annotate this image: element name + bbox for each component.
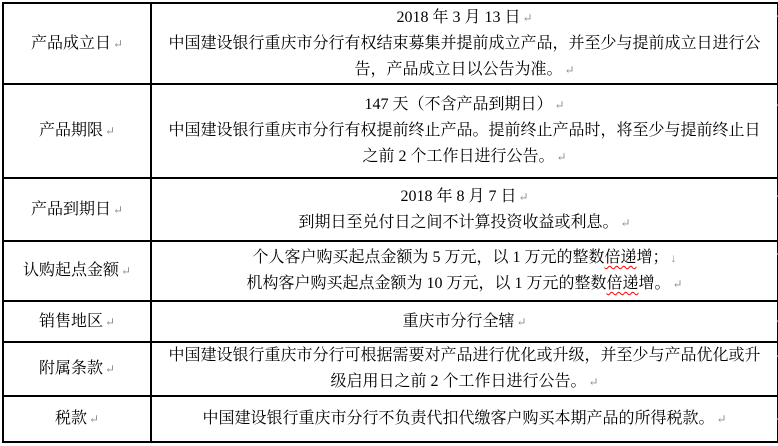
row-label-cell: 附属条款↵ (3, 342, 151, 396)
content-line: 到期日至兑付日之间不计算投资收益或利息。↵ (152, 210, 777, 236)
pilcrow-icon: ↵ (113, 203, 123, 217)
document-page: 产品成立日↵2018 年 3 月 13 日↵中国建设银行重庆市分行有权结束募集并… (0, 0, 778, 446)
row-content-cell: 2018 年 8 月 7 日↵到期日至兑付日之间不计算投资收益或利息。↵ (151, 178, 778, 241)
pilcrow-icon: ↵ (672, 277, 682, 291)
content-text: 之前 2 个工作日进行公告。 (362, 148, 554, 165)
linebreak-icon: ↓ (671, 251, 677, 265)
spellcheck-flagged-text: 倍递 (604, 249, 636, 266)
content-text: 中国建设银行重庆市分行可根据需要对产品进行优化或升级，并至少与产品优化或升 (168, 347, 760, 364)
table-row: 销售地区↵重庆市分行全辖↵ (3, 301, 778, 342)
content-text: 个人客户购买起点金额为 5 万元，以 1 万元的整数 (252, 249, 604, 266)
content-text: 级启用日之前 2 个工作日进行公告。 (330, 373, 586, 390)
pilcrow-icon: ↵ (105, 124, 115, 138)
product-info-table-body: 产品成立日↵2018 年 3 月 13 日↵中国建设银行重庆市分行有权结束募集并… (3, 3, 778, 442)
row-label: 产品成立日↵ (4, 31, 150, 57)
pilcrow-icon: ↵ (121, 264, 131, 278)
content-line: 重庆市分行全辖↵ (152, 309, 777, 335)
row-content-cell: 147 天（不含产品到期日）↵中国建设银行重庆市分行有权提前终止产品。提前终止产… (151, 84, 778, 178)
table-row: 税款↵中国建设银行重庆市分行不负责代扣代缴客户购买本期产品的所得税款。↵ (3, 396, 778, 442)
content-line: 中国建设银行重庆市分行可根据需要对产品进行优化或升级，并至少与产品优化或升 (152, 343, 777, 369)
pilcrow-icon: ↵ (113, 37, 123, 51)
content-text: 2018 年 8 月 7 日 (400, 188, 516, 205)
row-label: 认购起点金额↵ (4, 258, 150, 284)
content-text: 中国建设银行重庆市分行不负责代扣代缴客户购买本期产品的所得税款。 (202, 410, 714, 427)
content-line: 中国建设银行重庆市分行不负责代扣代缴客户购买本期产品的所得税款。↵ (152, 406, 777, 432)
row-content-cell: 中国建设银行重庆市分行可根据需要对产品进行优化或升级，并至少与产品优化或升级启用… (151, 342, 778, 396)
pilcrow-icon: ↵ (105, 362, 115, 376)
pilcrow-icon: ↵ (588, 375, 598, 389)
content-text: 增； (637, 249, 669, 266)
row-label: 产品期限↵ (4, 118, 150, 144)
content-line: 个人客户购买起点金额为 5 万元，以 1 万元的整数倍递增；↓ (152, 245, 777, 271)
table-row: 附属条款↵中国建设银行重庆市分行可根据需要对产品进行优化或升级，并至少与产品优化… (3, 342, 778, 396)
pilcrow-icon: ↵ (620, 216, 630, 230)
content-line: 2018 年 8 月 7 日↵ (152, 184, 777, 210)
content-line: 中国建设银行重庆市分行有权结束募集并提前成立产品，并至少与提前成立日进行公 (152, 31, 777, 57)
pilcrow-icon: ↵ (554, 98, 564, 112)
content-line: 中国建设银行重庆市分行有权提前终止产品。提前终止产品时，将至少与提前终止日 (152, 118, 777, 144)
table-row: 认购起点金额↵个人客户购买起点金额为 5 万元，以 1 万元的整数倍递增；↓机构… (3, 241, 778, 301)
pilcrow-icon: ↵ (522, 11, 532, 25)
pilcrow-icon: ↵ (105, 315, 115, 329)
table-row: 产品到期日↵2018 年 8 月 7 日↵到期日至兑付日之间不计算投资收益或利息… (3, 178, 778, 241)
content-text: 147 天（不含产品到期日） (364, 96, 552, 113)
content-text: 到期日至兑付日之间不计算投资收益或利息。 (298, 214, 618, 231)
content-text: 中国建设银行重庆市分行有权提前终止产品。提前终止产品时，将至少与提前终止日 (168, 122, 760, 139)
row-label-cell: 产品期限↵ (3, 84, 151, 178)
content-line: 级启用日之前 2 个工作日进行公告。↵ (152, 369, 777, 395)
row-label-text: 产品成立日 (31, 35, 111, 52)
product-info-table: 产品成立日↵2018 年 3 月 13 日↵中国建设银行重庆市分行有权结束募集并… (2, 2, 778, 443)
pilcrow-icon: ↵ (89, 412, 99, 426)
row-label-text: 税款 (55, 410, 87, 427)
row-label-cell: 税款↵ (3, 396, 151, 442)
row-label-text: 产品到期日 (31, 201, 111, 218)
content-line: 147 天（不含产品到期日）↵ (152, 92, 777, 118)
row-label-text: 销售地区 (39, 313, 103, 330)
row-label: 附属条款↵ (4, 356, 150, 382)
content-text: 中国建设银行重庆市分行有权结束募集并提前成立产品，并至少与提前成立日进行公 (168, 35, 760, 52)
row-content-cell: 2018 年 3 月 13 日↵中国建设银行重庆市分行有权结束募集并提前成立产品… (151, 3, 778, 84)
row-content-cell: 个人客户购买起点金额为 5 万元，以 1 万元的整数倍递增；↓机构客户购买起点金… (151, 241, 778, 301)
content-text: 告，产品成立日以公告为准。 (354, 61, 562, 78)
row-label-cell: 产品成立日↵ (3, 3, 151, 84)
table-row: 产品成立日↵2018 年 3 月 13 日↵中国建设银行重庆市分行有权结束募集并… (3, 3, 778, 84)
pilcrow-icon: ↵ (716, 412, 726, 426)
row-label-cell: 销售地区↵ (3, 301, 151, 342)
row-label-cell: 认购起点金额↵ (3, 241, 151, 301)
row-label-cell: 产品到期日↵ (3, 178, 151, 241)
content-text: 2018 年 3 月 13 日 (396, 9, 520, 26)
pilcrow-icon: ↵ (556, 150, 566, 164)
content-line: 2018 年 3 月 13 日↵ (152, 5, 777, 31)
table-row: 产品期限↵147 天（不含产品到期日）↵中国建设银行重庆市分行有权提前终止产品。… (3, 84, 778, 178)
row-label: 税款↵ (4, 406, 150, 432)
content-line: 之前 2 个工作日进行公告。↵ (152, 144, 777, 170)
row-label: 销售地区↵ (4, 309, 150, 335)
row-content-cell: 中国建设银行重庆市分行不负责代扣代缴客户购买本期产品的所得税款。↵ (151, 396, 778, 442)
row-label-text: 附属条款 (39, 360, 103, 377)
row-content-cell: 重庆市分行全辖↵ (151, 301, 778, 342)
pilcrow-icon: ↵ (564, 63, 574, 77)
pilcrow-icon: ↵ (518, 190, 528, 204)
row-label-text: 认购起点金额 (23, 262, 119, 279)
content-text: 增。 (638, 275, 670, 292)
content-text: 机构客户购买起点金额为 10 万元，以 1 万元的整数 (246, 275, 606, 292)
pilcrow-icon: ↵ (516, 315, 526, 329)
row-label: 产品到期日↵ (4, 197, 150, 223)
content-text: 重庆市分行全辖 (402, 313, 514, 330)
content-line: 告，产品成立日以公告为准。↵ (152, 57, 777, 83)
row-label-text: 产品期限 (39, 122, 103, 139)
content-line: 机构客户购买起点金额为 10 万元，以 1 万元的整数倍递增。↵ (152, 271, 777, 297)
spellcheck-flagged-text: 倍递 (606, 275, 638, 292)
